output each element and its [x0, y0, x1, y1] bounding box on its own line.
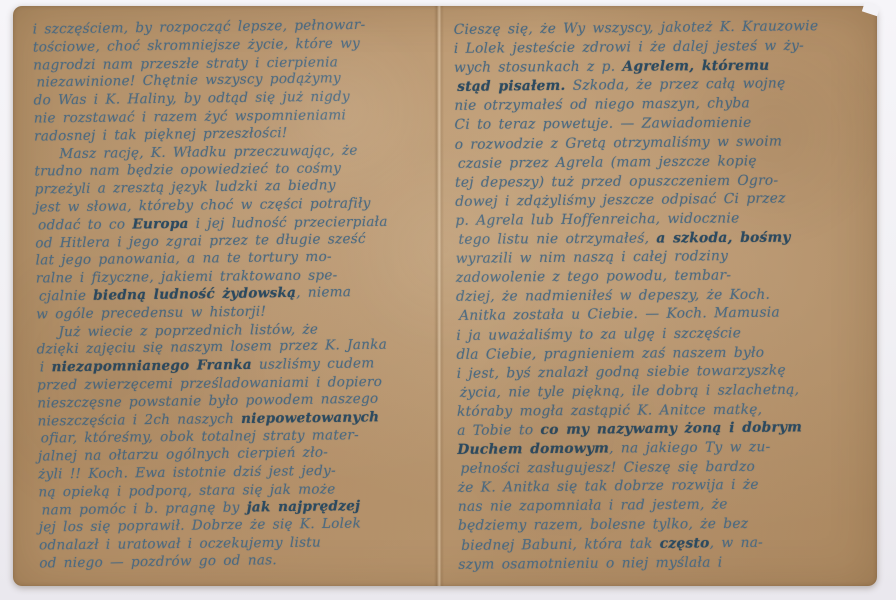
line-text: przeżyli a zresztą język ludzki za biedn…: [35, 177, 336, 197]
emphasized-words: niezapomnianego Franka: [51, 357, 252, 375]
line-text: i jest, byś znalazł godną siebie towarzy…: [457, 362, 786, 381]
handwritten-line: i ja uważaliśmy to za ulgę i szczęście: [456, 323, 880, 346]
line-text: nie rozstawać i razem żyć wspomnieniami: [34, 107, 346, 126]
line-text: dowej i zdążyliśmy jeszcze odpisać Ci pr…: [455, 190, 786, 209]
emphasized-words: a szkoda, bośmy: [656, 230, 790, 247]
emphasized-words: Agrelem, któremu: [622, 58, 769, 75]
line-text: będziemy razem, bolesne tylko, że bez: [458, 516, 748, 534]
line-text: o rozwodzie z Gretą otrzymaliśmy w swoim: [455, 133, 783, 152]
handwritten-line: biednej Babuni, która tak często, w na-: [461, 532, 882, 556]
letter-paper: i szczęściem, by rozpocząć lepsze, pełno…: [13, 6, 877, 586]
line-text: i Lolek jesteście zdrowi i że dalej jest…: [454, 38, 804, 57]
line-text: ralne i fizyczne, jakiemi traktowano spe…: [36, 268, 338, 287]
photo-background: i szczęściem, by rozpocząć lepsze, pełno…: [0, 0, 896, 600]
line-text: nieszczęścia i 2ch naszych: [37, 411, 241, 429]
line-text: zadowolenie z tego powodu, tembar-: [456, 268, 732, 286]
emphasized-words: jak najprędzej: [247, 498, 361, 516]
line-text: odnalazł i uratował i oczekujemy listu: [39, 535, 321, 554]
line-text: któraby mogła zastąpić K. Anitce matkę,: [457, 402, 762, 420]
line-text: pełności zasługujesz! Cieszę się bardzo: [460, 459, 755, 477]
emphasized-words: co my nazywamy żoną i dobrym: [540, 419, 802, 438]
line-text: jalnej na ołtarzu ogólnych cierpień zło-: [38, 445, 328, 465]
line-text: wych stosunkach z p.: [454, 59, 623, 76]
handwritten-line: i jest, byś znalazł godną siebie towarzy…: [457, 360, 881, 384]
letter-page-left: i szczęściem, by rozpocząć lepsze, pełno…: [33, 17, 444, 574]
line-text: , w na-: [709, 534, 763, 551]
line-text: biednej Babuni, która tak: [461, 535, 660, 553]
emphasized-words: biedną ludność żydowską: [93, 285, 296, 304]
line-text: życia, nie tyle piękną, ile dobrą i szla…: [460, 382, 800, 401]
line-text: Cieszę się, że Wy wszyscy, jakoteż K. Kr…: [454, 18, 819, 38]
line-text: wyrazili w nim naszą i całej rodziny: [456, 248, 729, 267]
letter-page-right: Cieszę się, że Wy wszyscy, jakoteż K. Kr…: [454, 17, 883, 574]
line-text: cjalnie: [39, 288, 93, 305]
line-text: ną opieką i podporą, stara się jak może: [38, 481, 335, 500]
line-text: Szkoda, że przez całą wojnę: [565, 76, 785, 94]
emphasized-words: Duchem domowym: [457, 441, 609, 458]
line-text: Anitka została u Ciebie. — Koch. Mamusia: [459, 305, 780, 324]
emphasized-words: Europa: [132, 216, 188, 233]
emphasized-words: stąd pisałem.: [457, 78, 566, 95]
line-text: i jej ludność przecierpiała: [189, 214, 388, 232]
line-text: i szczęściem, by rozpocząć lepsze, pełno…: [33, 17, 366, 38]
line-text: nas nie zapomniała i rad jestem, że: [458, 497, 728, 515]
line-text: od niego — pozdrów go od nas.: [39, 552, 277, 571]
emphasized-words: niepowetowanych: [241, 409, 379, 427]
line-text: , na jakiego Ty w zu-: [609, 439, 771, 456]
emphasized-words: często: [660, 535, 710, 552]
line-text: i: [40, 359, 52, 375]
line-text: dzięki zajęciu się naszym losem przez K.…: [37, 337, 388, 358]
line-text: w ogóle precedensu w historji!: [36, 303, 266, 322]
line-text: uszliśmy cudem: [252, 355, 375, 372]
line-text: do Was i K. Haliny, by odtąd się już nig…: [34, 89, 350, 109]
top-right-corner-notch: [862, 2, 880, 16]
line-text: nam pomóc i b. pragnę by: [42, 499, 247, 518]
line-text: Już wiecie z poprzednich listów, że: [58, 321, 318, 340]
line-text: oddać to co: [38, 216, 132, 233]
line-text: radosnej i tak pięknej przeszłości!: [34, 125, 288, 145]
line-text: p. Agrela lub Hoffenreicha, widocznie: [455, 210, 739, 228]
line-text: Ci to teraz powetuje. — Zawiadomienie: [454, 115, 751, 133]
line-text: szym osamotnieniu o niej myślała i: [458, 554, 722, 572]
line-text: czasie przez Agrela (mam jeszcze kopię: [458, 153, 757, 172]
line-text: tego listu nie otrzymałeś,: [458, 231, 656, 248]
line-text: tej depeszy) tuż przed opuszczeniem Ogro…: [455, 172, 778, 190]
handwritten-line: życia, nie tyle piękną, ile dobrą i szla…: [460, 380, 881, 403]
line-text: nie otrzymałeś od niego maszyn, chyba: [454, 96, 750, 115]
line-text: dziej, że nadmieniłeś w depeszy, że Koch…: [456, 287, 770, 305]
line-text: że K. Anitka się tak dobrze rozwija i że: [458, 477, 759, 496]
line-text: i ja uważaliśmy to za ulgę i szczęście: [456, 325, 741, 343]
line-text: a Tobie to: [457, 422, 541, 439]
handwritten-line: o rozwodzie z Gretą otrzymaliśmy w swoim: [455, 131, 879, 155]
line-text: , niema: [296, 284, 351, 301]
line-text: dla Ciebie, pragnieniem zaś naszem było: [456, 344, 764, 362]
line-text: niezawinione! Chętnie wszyscy podążymy: [36, 71, 341, 91]
